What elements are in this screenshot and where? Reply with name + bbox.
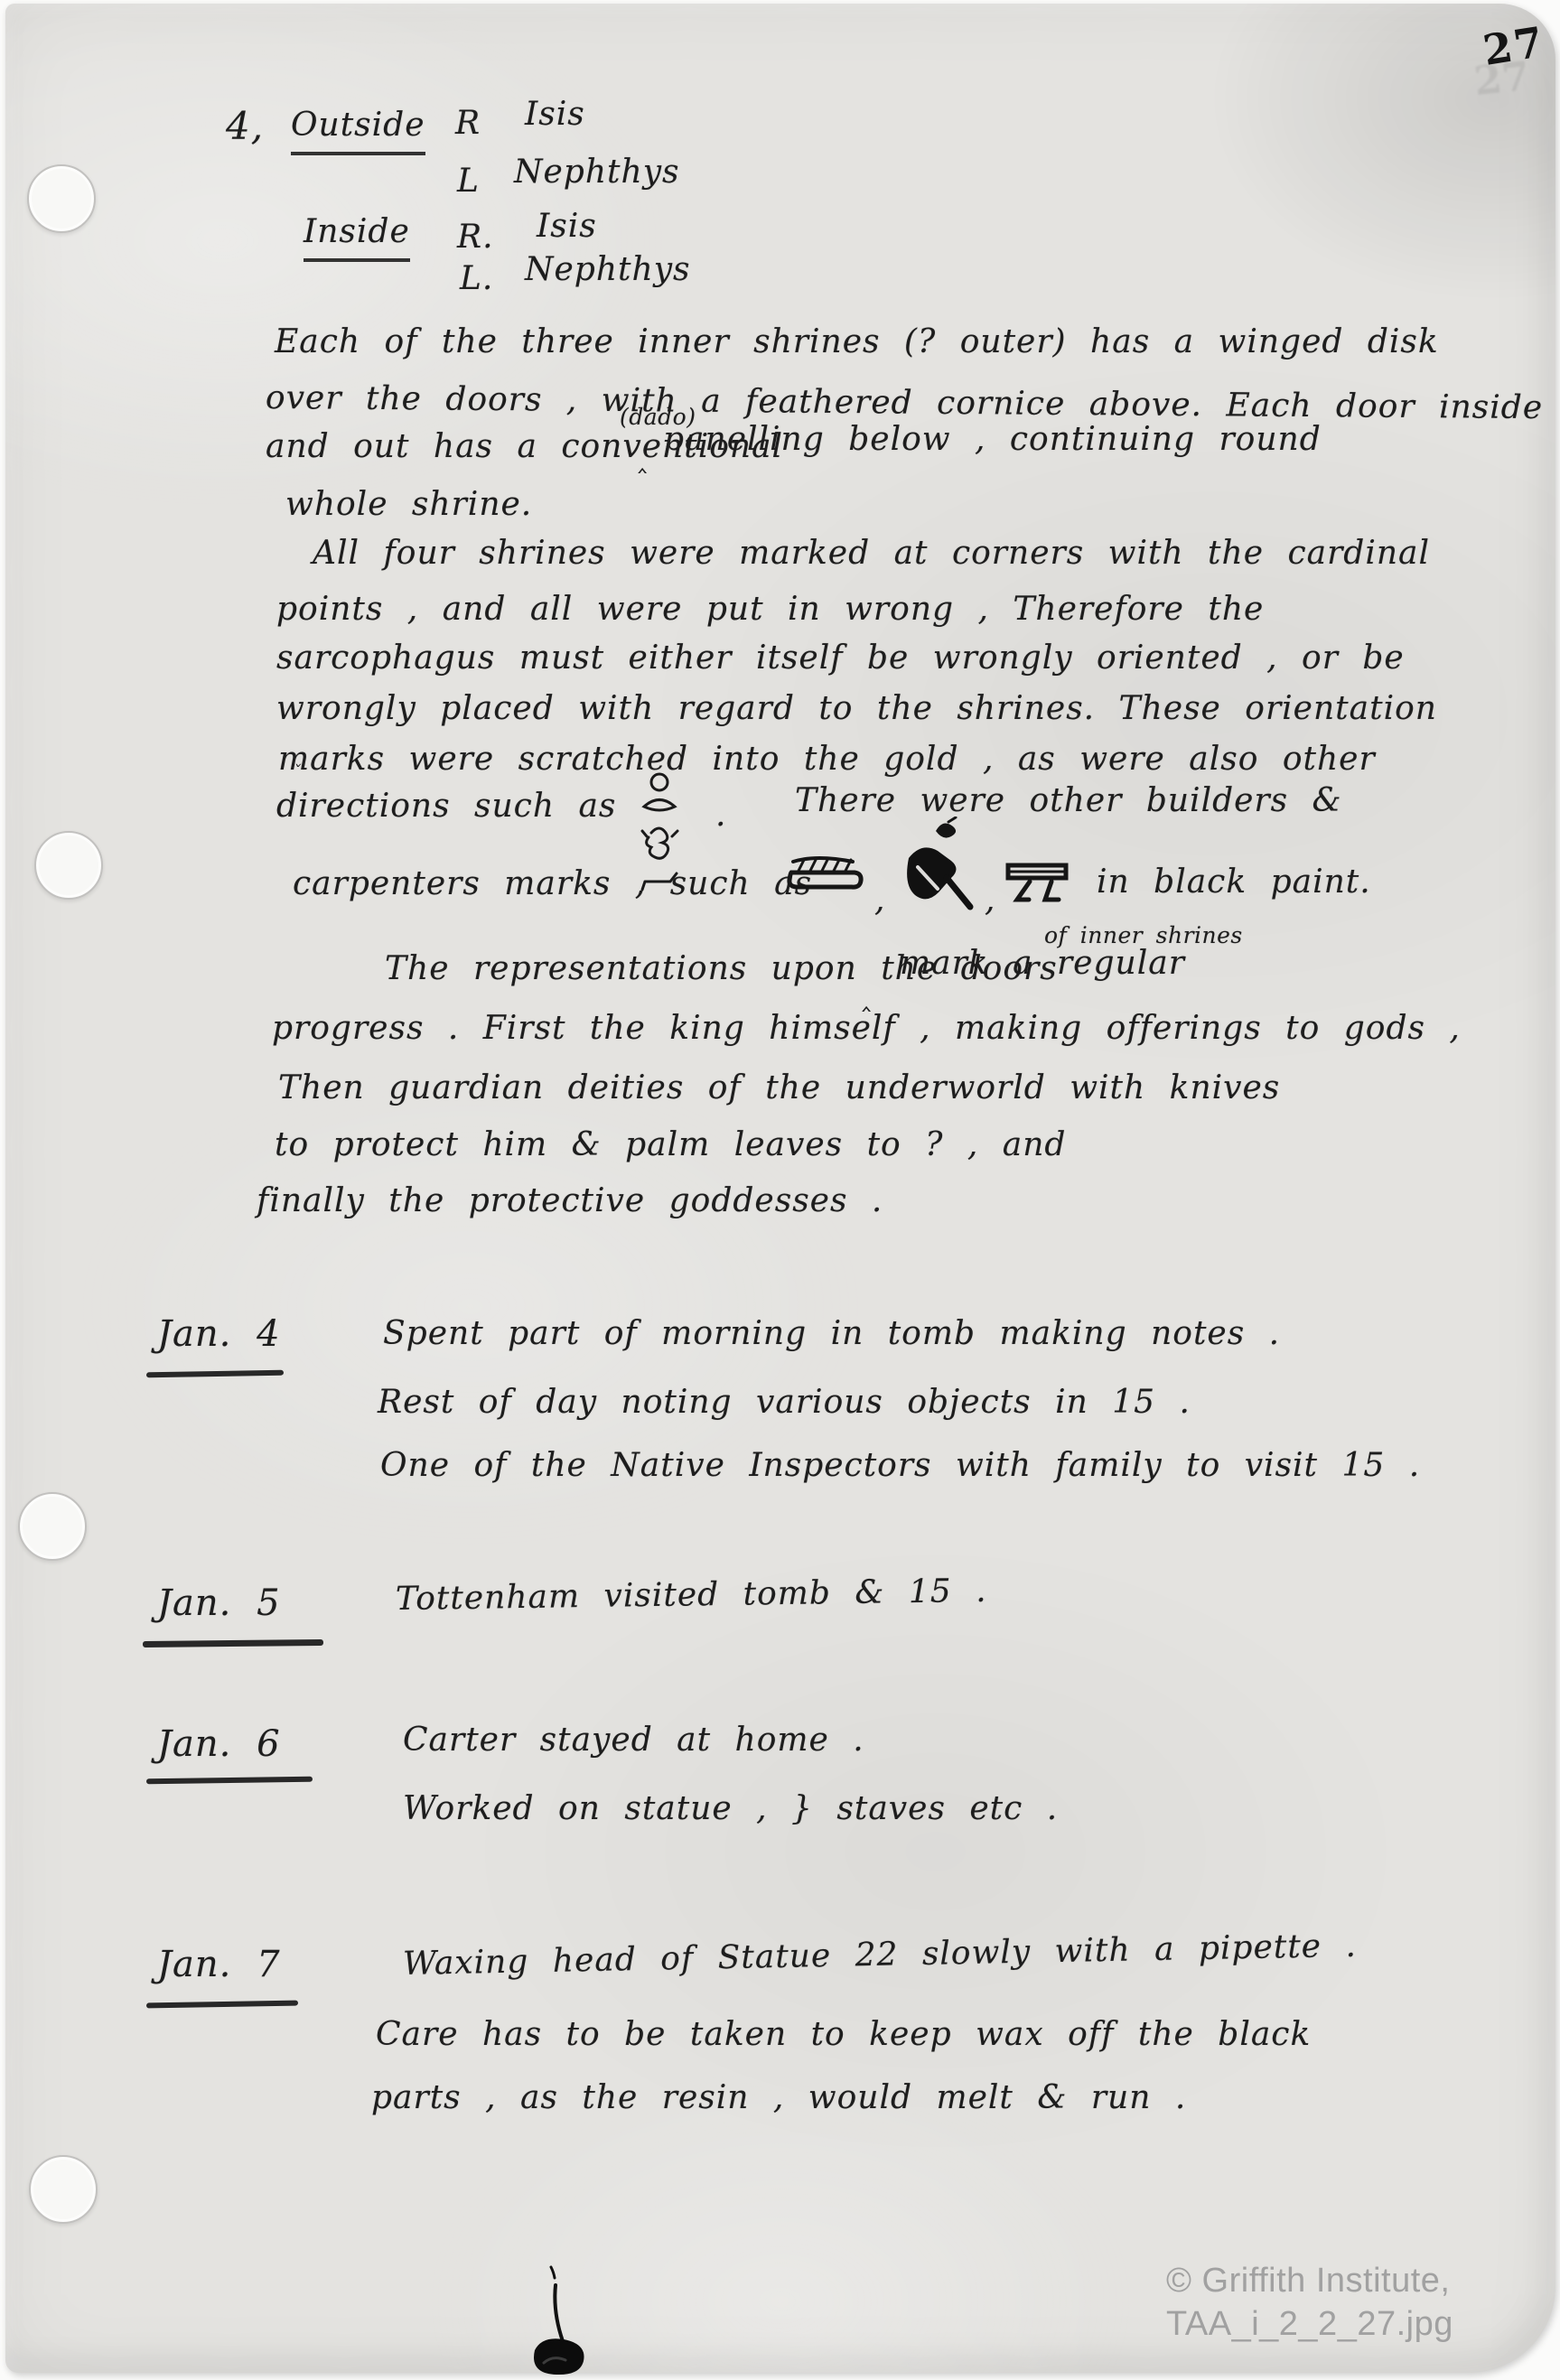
para1-line4: whole shrine.	[285, 486, 532, 523]
entry-date: Jan. 5	[157, 1582, 281, 1624]
watermark-line1: © Griffith Institute,	[1166, 2260, 1453, 2303]
outside-right-label: R	[455, 105, 481, 142]
outside-label: Outside	[291, 107, 425, 155]
para2-line5: marks were scratched into the gold , as …	[278, 741, 1376, 778]
para3-line2: progress . First the king himself , maki…	[272, 1010, 1461, 1047]
para2-line7c: ,	[985, 882, 995, 919]
para2-line1: All four shrines were marked at corners …	[313, 535, 1430, 572]
para2-line7b: ,	[874, 882, 885, 919]
para2-line7a: carpenters marks , such as	[293, 865, 812, 902]
page-number: 27	[1480, 17, 1548, 75]
insertion-caret: ‸	[862, 981, 871, 1013]
entry-line: Tottenham visited tomb & 15 .	[396, 1573, 987, 1619]
punch-hole	[18, 1492, 87, 1561]
item-number: 4,	[226, 105, 264, 148]
para2-line4: wrongly placed with regard to the shrine…	[276, 690, 1437, 727]
para3-line1b: mark a regular	[900, 945, 1185, 982]
insertion-caret: ‸	[638, 443, 647, 474]
date-underline	[143, 1639, 323, 1647]
entry-date: Jan. 7	[157, 1944, 281, 1985]
entry-line: Worked on statue , } staves etc .	[403, 1790, 1058, 1827]
watermark-line2: TAA_i_2_2_27.jpg	[1166, 2303, 1453, 2347]
date-underline	[146, 1777, 313, 1785]
watermark: © Griffith Institute, TAA_i_2_2_27.jpg	[1166, 2260, 1453, 2346]
entry-date: Jan. 6	[157, 1723, 281, 1765]
carpenter-mark-table	[1003, 856, 1077, 919]
inside-label: Inside	[304, 213, 410, 262]
para2-line6b: .	[715, 797, 726, 834]
entry-line: Spent part of morning in tomb making not…	[383, 1315, 1280, 1352]
inside-label-text: Inside	[304, 213, 410, 262]
para2-line2: points , and all were put in wrong , The…	[276, 591, 1264, 628]
carpenter-mark-bird	[894, 817, 981, 918]
scanned-notebook-page: 27 27 4, Outside R Isis L Nephthys Insid…	[5, 4, 1555, 2373]
para1-line2: over the doors , with a feathered cornic…	[266, 379, 1543, 426]
inside-left-label: L.	[460, 260, 493, 297]
entry-date: Jan. 4	[157, 1313, 281, 1355]
para2-line7d: in black paint.	[1097, 863, 1371, 901]
date-underline	[146, 2001, 298, 2009]
punch-hole	[34, 831, 103, 900]
inside-left-deity: Nephthys	[525, 251, 691, 288]
small-insertion-caret: ˇ	[293, 762, 301, 781]
outside-left-deity: Nephthys	[514, 154, 680, 191]
para2-line6a: directions such as	[276, 788, 616, 825]
para3-line5: finally the protective goddesses .	[257, 1182, 883, 1219]
entry-line: Waxing head of Statue 22 slowly with a p…	[403, 1927, 1358, 1983]
para1-line1: Each of the three inner shrines (? outer…	[275, 323, 1439, 360]
outside-right-deity: Isis	[525, 96, 585, 133]
ink-blot	[508, 2263, 607, 2380]
para3-line4: to protect him & palm leaves to ? , and	[275, 1126, 1066, 1163]
inside-right-deity: Isis	[537, 208, 597, 245]
entry-line: Rest of day noting various objects in 15…	[378, 1384, 1191, 1421]
carpenter-mark-hatched-sledge	[784, 851, 867, 905]
date-underline	[146, 1370, 284, 1378]
para1-line3b: panelling below , continuing round	[663, 421, 1322, 458]
entry-line: parts , as the resin , would melt & run …	[371, 2079, 1186, 2116]
para3-line3: Then guardian deities of the underworld …	[278, 1069, 1280, 1106]
para2-line3: sarcophagus must either itself be wrongl…	[276, 639, 1405, 677]
entry-line: One of the Native Inspectors with family…	[380, 1447, 1420, 1484]
inside-right-label: R.	[457, 219, 494, 256]
outside-label-text: Outside	[291, 107, 425, 155]
punch-hole	[29, 2155, 98, 2224]
entry-line: Carter stayed at home .	[403, 1722, 864, 1759]
punch-hole	[27, 164, 96, 233]
entry-line: Care has to be taken to keep wax off the…	[376, 2016, 1311, 2053]
scanned-document-screenshot: { "page": { "page_number": "27", "waterm…	[0, 0, 1560, 2380]
para2-line6c: There were other builders &	[795, 782, 1342, 819]
outside-left-label: L	[457, 163, 480, 200]
